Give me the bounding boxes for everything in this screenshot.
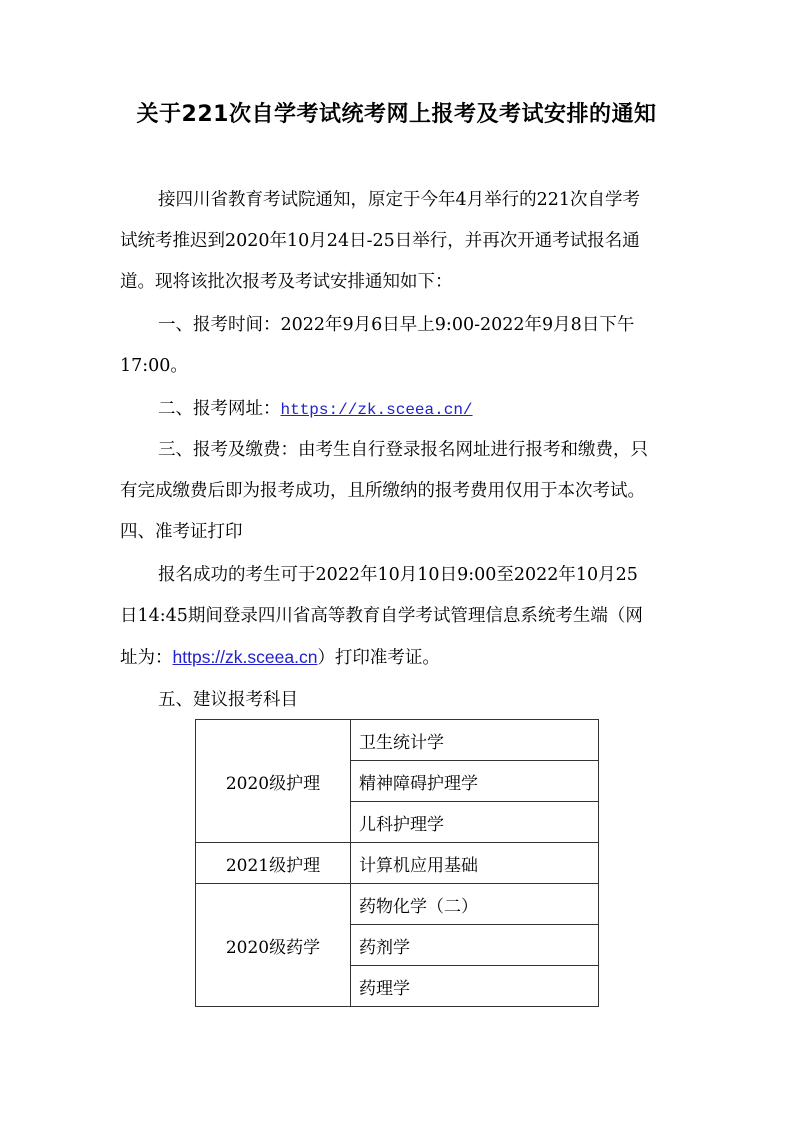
course-cell: 药物化学（二） [351, 884, 599, 925]
intro-line-2: 试统考推迟到2020年10月24日-25日举行，并再次开通考试报名通 [120, 229, 676, 253]
course-cell: 精神障碍护理学 [351, 761, 599, 802]
section5-heading: 五、建议报考科目 [158, 688, 298, 712]
section3-line-2: 有完成缴费后即为报考成功，且所缴纳的报考费用仅用于本次考试。 [120, 479, 676, 503]
table-row: 2021级护理 计算机应用基础 [196, 843, 599, 884]
section4-line-3: 址为：https://zk.sceea.cn）打印准考证。 [120, 645, 676, 670]
section2-line: 二、报考网址：https://zk.sceea.cn/ [158, 397, 676, 422]
section1-line-2: 17:00。 [120, 354, 676, 378]
section4-heading: 四、准考证打印 [120, 520, 676, 544]
document-page: 关于221次自学考试统考网上报考及考试安排的通知 接四川省教育考试院通知，原定于… [0, 0, 793, 1122]
document-title: 关于221次自学考试统考网上报考及考试安排的通知 [0, 100, 793, 130]
recommended-courses-table: 2020级护理 卫生统计学 精神障碍护理学 儿科护理学 2021级护理 计算机应… [195, 719, 599, 1007]
table-row: 2020级药学 药物化学（二） [196, 884, 599, 925]
section3-line-1: 三、报考及缴费：由考生自行登录报名网址进行报考和缴费，只 [158, 438, 676, 462]
course-cell: 计算机应用基础 [351, 843, 599, 884]
course-cell: 儿科护理学 [351, 802, 599, 843]
section4-url-suffix: ）打印准考证。 [317, 648, 440, 668]
intro-line-1: 接四川省教育考试院通知，原定于今年4月举行的221次自学考 [158, 188, 676, 212]
section4-line-2: 日14:45期间登录四川省高等教育自学考试管理信息系统考生端（网 [120, 604, 676, 628]
grade-cell: 2020级药学 [196, 884, 351, 1007]
course-cell: 药理学 [351, 966, 599, 1007]
section4-url-prefix: 址为： [120, 648, 173, 668]
section4-line-1: 报名成功的考生可于2022年10月10日9:00至2022年10月25 [158, 563, 676, 587]
section1-line-1: 一、报考时间：2022年9月6日早上9:00-2022年9月8日下午 [158, 313, 676, 337]
grade-cell: 2021级护理 [196, 843, 351, 884]
registration-url-link[interactable]: https://zk.sceea.cn/ [281, 401, 473, 419]
table-row: 2020级护理 卫生统计学 [196, 720, 599, 761]
course-cell: 药剂学 [351, 925, 599, 966]
grade-cell: 2020级护理 [196, 720, 351, 843]
course-cell: 卫生统计学 [351, 720, 599, 761]
admission-ticket-url-link[interactable]: https://zk.sceea.cn [173, 647, 318, 667]
intro-line-3: 道。现将该批次报考及考试安排通知如下： [120, 270, 676, 294]
section2-label: 二、报考网址： [158, 399, 281, 419]
